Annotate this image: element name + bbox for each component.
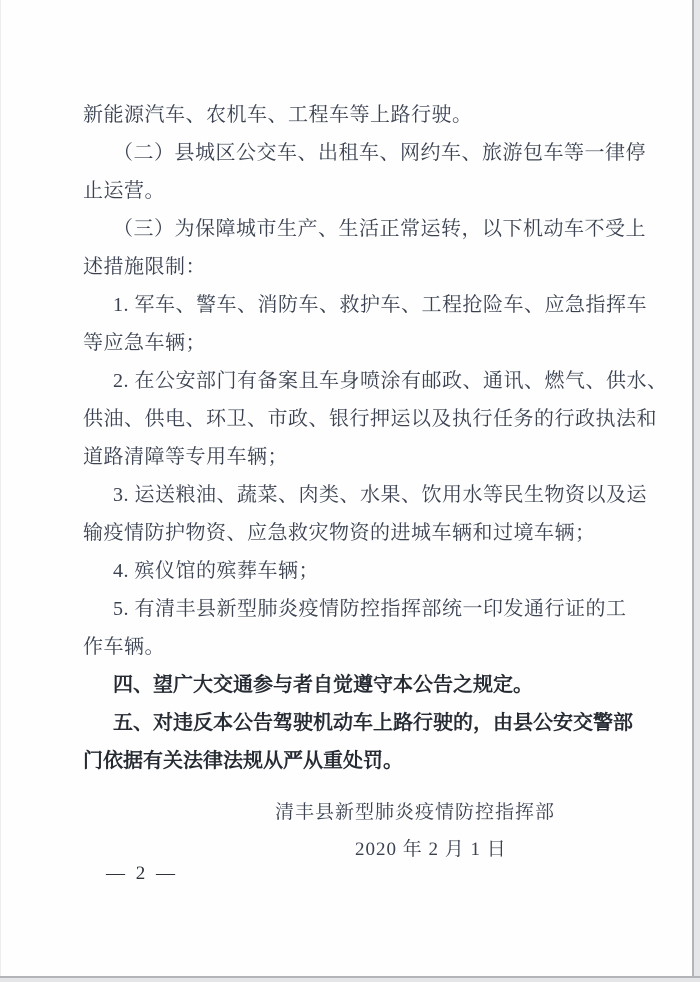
scan-edge-right — [692, 0, 700, 982]
text-line: 3. 运送粮油、蔬菜、肉类、水果、饮用水等民生物资以及运 — [83, 476, 663, 514]
text-line: 4. 殡仪馆的殡葬车辆； — [83, 552, 663, 590]
text-line: 四、望广大交通参与者自觉遵守本公告之规定。 — [83, 666, 663, 704]
text-line: 述措施限制： — [83, 248, 663, 286]
text-line: 等应急车辆； — [83, 324, 663, 362]
text-line: 作车辆。 — [83, 628, 663, 666]
text-line: 新能源汽车、农机车、工程车等上路行驶。 — [83, 96, 663, 134]
text-line: 1. 军车、警车、消防车、救护车、工程抢险车、应急指挥车 — [83, 286, 663, 324]
document-body: 新能源汽车、农机车、工程车等上路行驶。（二）县城区公交车、出租车、网约车、旅游包… — [83, 96, 663, 780]
page-number: — 2 — — [106, 862, 178, 886]
scan-edge-left — [0, 0, 1, 982]
text-line: 门依据有关法律法规从严从重处罚。 — [83, 742, 663, 780]
scanned-document-page: { "page": { "background": "#fefefe", "te… — [0, 0, 700, 982]
issuing-authority-signature: 清丰县新型肺炎疫情防控指挥部 — [275, 799, 555, 827]
text-line: 道路清障等专用车辆； — [83, 438, 663, 476]
text-line: 2. 在公安部门有备案且车身喷涂有邮政、通讯、燃气、供水、 — [83, 362, 663, 400]
text-line: 输疫情防护物资、应急救灾物资的进城车辆和过境车辆； — [83, 514, 663, 552]
document-date: 2020 年 2 月 1 日 — [355, 836, 507, 864]
text-line: 5. 有清丰县新型肺炎疫情防控指挥部统一印发通行证的工 — [83, 590, 663, 628]
scan-edge-bottom — [0, 976, 700, 982]
text-line: 止运营。 — [83, 172, 663, 210]
text-line: 五、对违反本公告驾驶机动车上路行驶的，由县公安交警部 — [83, 704, 663, 742]
text-line: 供油、供电、环卫、市政、银行押运以及执行任务的行政执法和 — [83, 400, 663, 438]
text-line: （三）为保障城市生产、生活正常运转，以下机动车不受上 — [83, 210, 663, 248]
text-line: （二）县城区公交车、出租车、网约车、旅游包车等一律停 — [83, 134, 663, 172]
